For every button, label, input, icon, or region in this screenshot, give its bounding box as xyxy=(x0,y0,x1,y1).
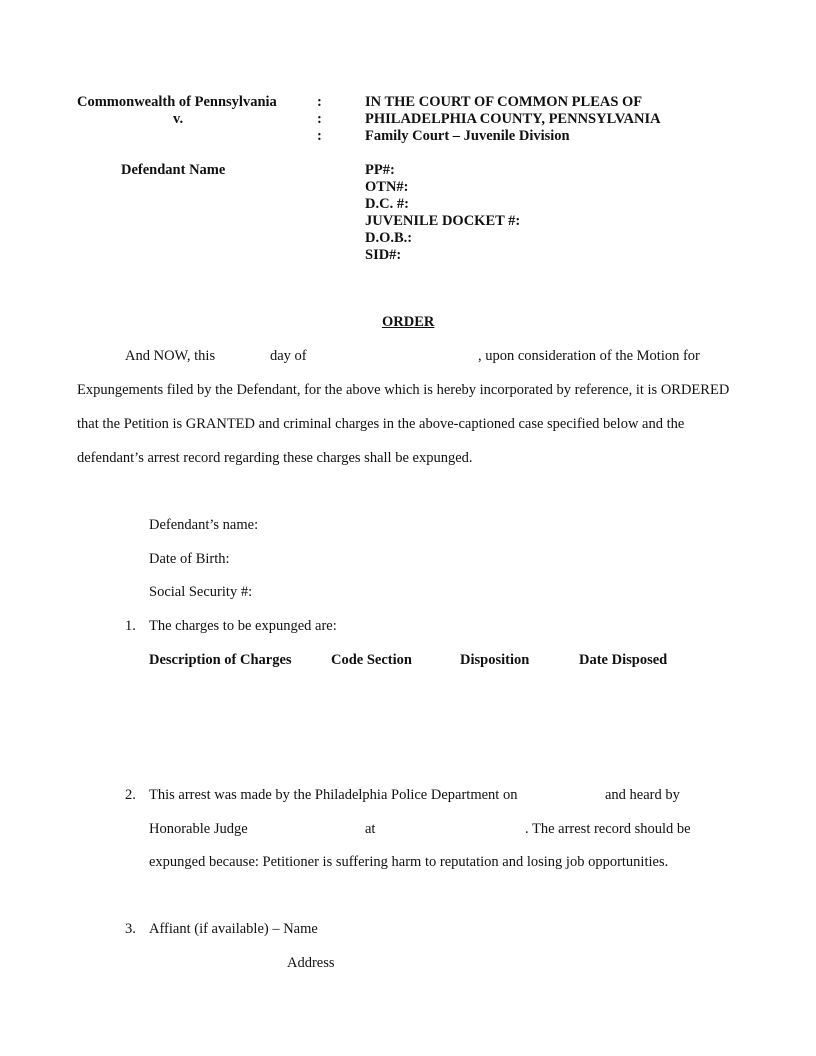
item-3-number: 3. xyxy=(125,921,136,938)
item-1-number: 1. xyxy=(125,618,136,635)
item-3-address-label: Address xyxy=(287,955,335,972)
juvenile-docket-field: JUVENILE DOCKET #: xyxy=(365,213,520,230)
order-text-line2: Expungements filed by the Defendant, for… xyxy=(77,382,729,399)
social-security-field: Social Security #: xyxy=(149,584,252,601)
otn-number-field: OTN#: xyxy=(365,179,409,196)
table-header-description: Description of Charges xyxy=(149,652,292,669)
item-2-at-label: at xyxy=(365,821,375,838)
court-division: Family Court – Juvenile Division xyxy=(365,128,570,145)
item-2-heard-by: and heard by xyxy=(605,787,680,804)
plaintiff-name: Commonwealth of Pennsylvania xyxy=(77,94,277,111)
item-3-affiant-name: Affiant (if available) – Name xyxy=(149,921,318,938)
dc-number-field: D.C. #: xyxy=(365,196,409,213)
order-text-day-of: day of xyxy=(270,348,307,365)
order-title: ORDER xyxy=(382,314,434,331)
caption-colon: : xyxy=(317,94,322,111)
caption-colon: : xyxy=(317,111,322,128)
table-header-disposition: Disposition xyxy=(460,652,529,669)
sid-number-field: SID#: xyxy=(365,247,401,264)
court-name-line1: IN THE COURT OF COMMON PLEAS OF xyxy=(365,94,642,111)
pp-number-field: PP#: xyxy=(365,162,395,179)
order-text-line3: that the Petition is GRANTED and crimina… xyxy=(77,416,684,433)
item-2-arrest-text: This arrest was made by the Philadelphia… xyxy=(149,787,517,804)
date-of-birth-field: Date of Birth: xyxy=(149,551,230,568)
table-header-code-section: Code Section xyxy=(331,652,412,669)
defendant-name-field: Defendant’s name: xyxy=(149,517,258,534)
defendant-name-label: Defendant Name xyxy=(121,162,225,179)
caption-colon: : xyxy=(317,128,322,145)
item-2-reason: expunged because: Petitioner is sufferin… xyxy=(149,854,668,871)
item-2-number: 2. xyxy=(125,787,136,804)
item-2-record-text: . The arrest record should be xyxy=(525,821,691,838)
versus-label: v. xyxy=(173,111,183,128)
table-header-date-disposed: Date Disposed xyxy=(579,652,667,669)
item-1-text: The charges to be expunged are: xyxy=(149,618,337,635)
dob-field: D.O.B.: xyxy=(365,230,412,247)
order-text-consideration: , upon consideration of the Motion for xyxy=(478,348,700,365)
court-name-line2: PHILADELPHIA COUNTY, PENNSYLVANIA xyxy=(365,111,661,128)
order-text-line4: defendant’s arrest record regarding thes… xyxy=(77,450,473,467)
order-text-and-now: And NOW, this xyxy=(125,348,215,365)
item-2-judge-label: Honorable Judge xyxy=(149,821,248,838)
